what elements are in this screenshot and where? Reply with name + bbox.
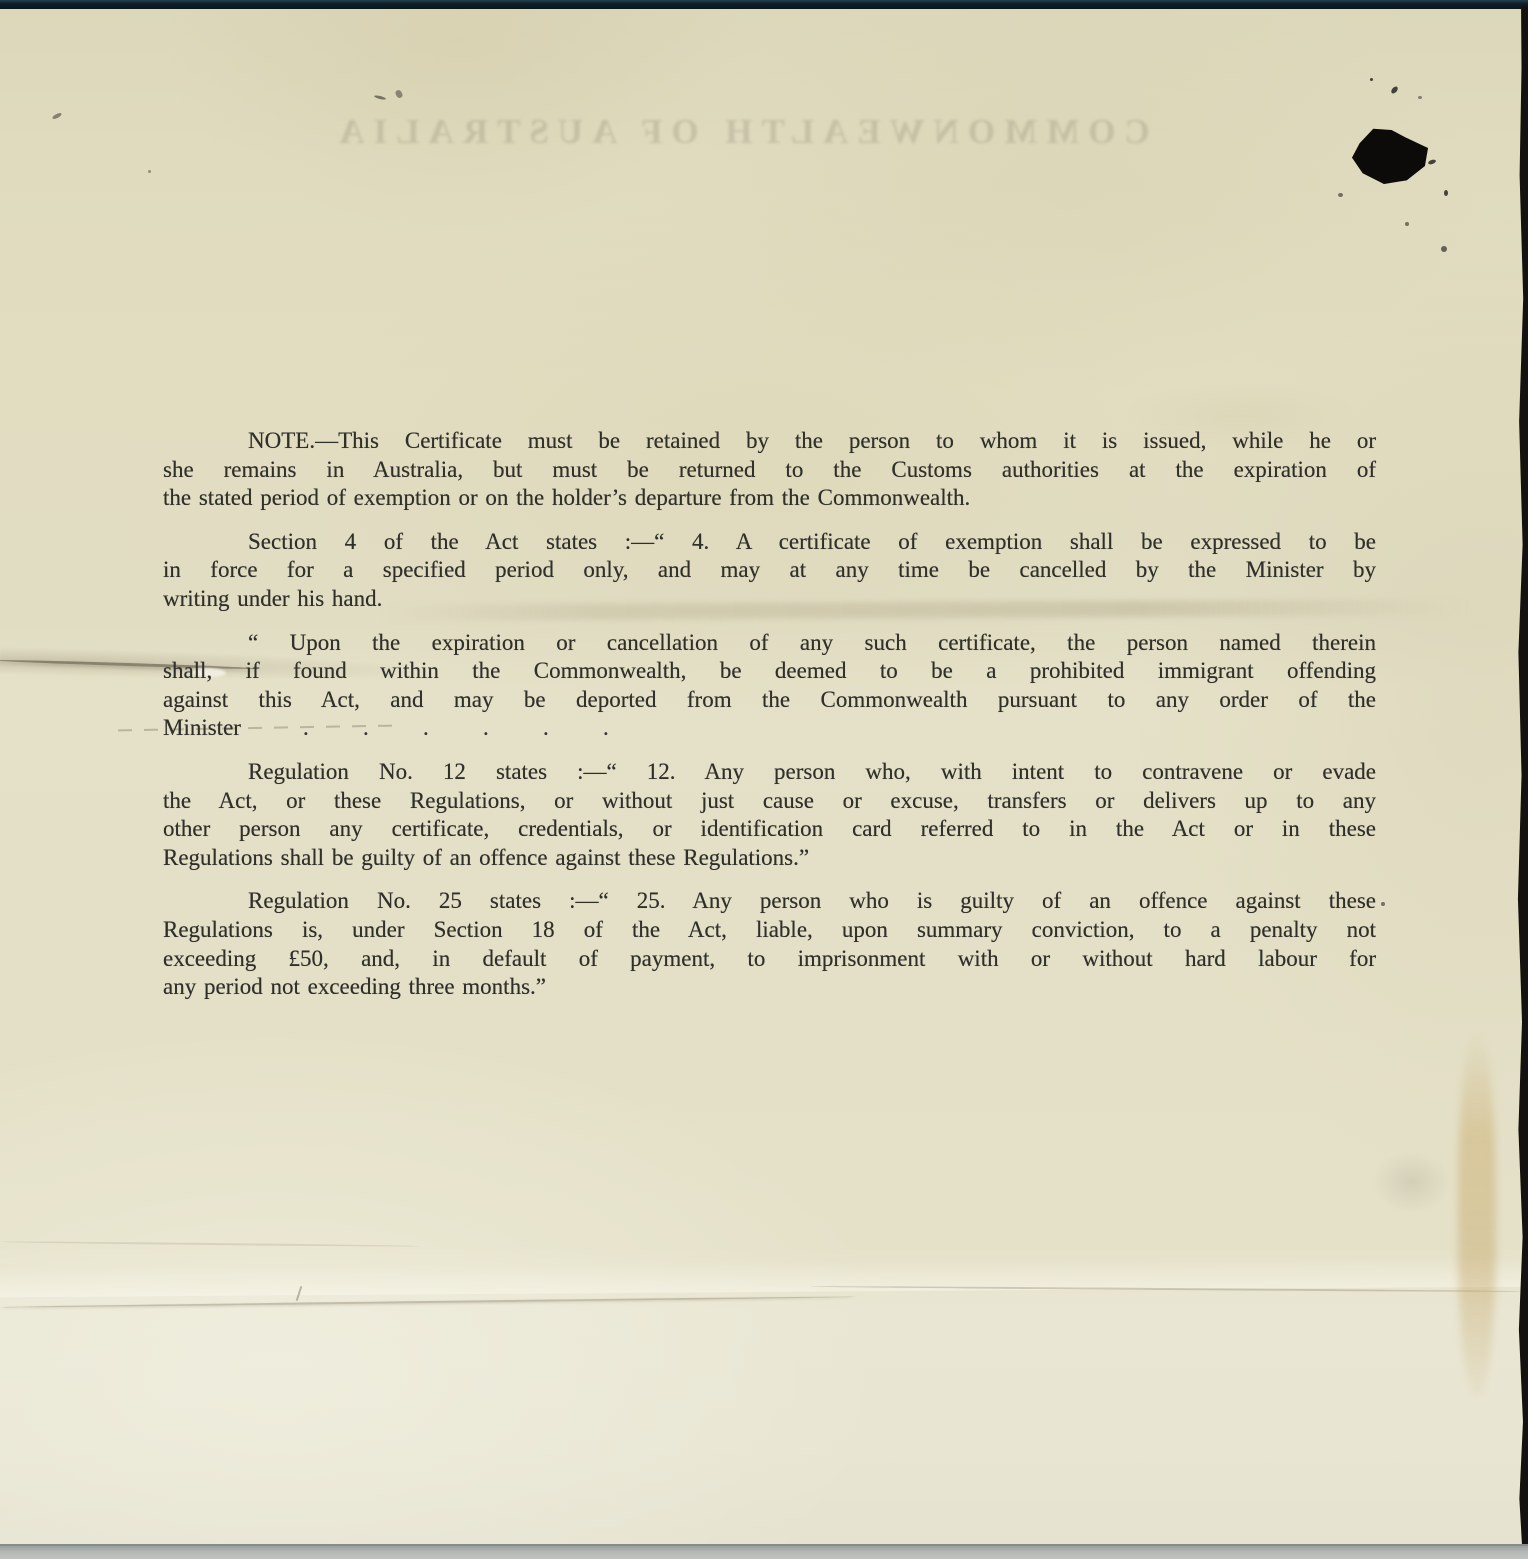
text-line: exceeding £50, and, in default of paymen… <box>163 945 1376 974</box>
text-line: writing under his hand. <box>163 585 1376 614</box>
text-line: Regulation No. 12 states :—“ 12. Any per… <box>163 758 1376 787</box>
ink-speck <box>1444 190 1448 196</box>
ink-speck <box>1418 96 1422 99</box>
pen-mark <box>374 95 386 101</box>
ink-speck <box>1370 78 1373 81</box>
ink-speck <box>1390 85 1399 94</box>
text-line: Section 4 of the Act states :—“ 4. A cer… <box>163 528 1376 557</box>
text-line: the stated period of exemption or on the… <box>163 484 1376 513</box>
paper-stain <box>1372 1150 1452 1214</box>
text-line: in force for a specified period only, an… <box>163 556 1376 585</box>
pen-mark <box>52 112 63 120</box>
text-line: Minister . . . . . . <box>163 714 1376 743</box>
ink-blot <box>1352 124 1428 184</box>
ink-speck <box>1405 222 1409 226</box>
ink-speck <box>148 170 151 173</box>
text-line: Regulations shall be guilty of an offenc… <box>163 844 1376 873</box>
scan-edge-right <box>1516 6 1528 1545</box>
paragraph-regulation-25: Regulation No. 25 states :—“ 25. Any per… <box>163 887 1376 1001</box>
text-line: other person any certificate, credential… <box>163 815 1376 844</box>
scan-edge-bottom <box>0 1544 1528 1559</box>
paragraph-section-4: Section 4 of the Act states :—“ 4. A cer… <box>163 528 1376 614</box>
paragraph-note: NOTE.—This Certificate must be retained … <box>163 427 1376 513</box>
text-line: against this Act, and may be deported fr… <box>163 686 1376 715</box>
ink-speck <box>1338 193 1343 197</box>
scanned-document-page: COMMONWEALTH OF AUSTRALIA NOTE.—This Cer… <box>0 0 1528 1559</box>
document-text: NOTE.—This Certificate must be retained … <box>163 427 1376 1017</box>
bleedthrough-title: COMMONWEALTH OF AUSTRALIA <box>330 112 1150 152</box>
pen-mark <box>394 89 403 99</box>
paper-crease <box>0 1296 856 1308</box>
text-line: NOTE.—This Certificate must be retained … <box>163 427 1376 456</box>
text-line: Regulation No. 25 states :—“ 25. Any per… <box>163 887 1376 916</box>
text-line: any period not exceeding three months.” <box>163 973 1376 1002</box>
ink-speck <box>1381 902 1385 906</box>
text-line: the Act, or these Regulations, or withou… <box>163 787 1376 816</box>
ink-speck <box>1441 246 1447 252</box>
text-line: Regulations is, under Section 18 of the … <box>163 916 1376 945</box>
scan-edge-top <box>0 0 1528 9</box>
ink-speck <box>1428 159 1437 165</box>
paper-stain <box>1458 1036 1496 1396</box>
paragraph-regulation-12: Regulation No. 12 states :—“ 12. Any per… <box>163 758 1376 872</box>
text-line: shall, if found within the Commonwealth,… <box>163 657 1376 686</box>
paper-crease <box>0 1241 420 1247</box>
text-line: she remains in Australia, but must be re… <box>163 456 1376 485</box>
text-line: “ Upon the expiration or cancellation of… <box>163 629 1376 658</box>
paper-crease <box>0 1257 1528 1298</box>
paragraph-upon-expiration: “ Upon the expiration or cancellation of… <box>163 629 1376 743</box>
